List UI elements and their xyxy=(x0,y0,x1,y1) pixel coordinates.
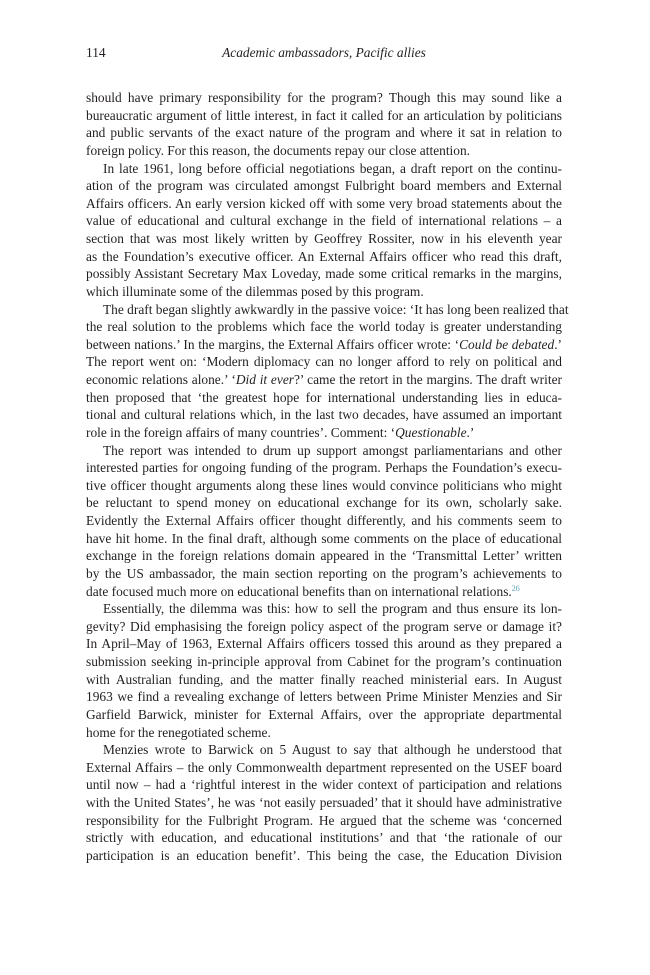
text-line: until now – had a ‘rightful interest in … xyxy=(86,776,562,794)
text-line: External Affairs – the only Commonwealth… xyxy=(86,759,562,777)
text-line: ation of the program was circulated amon… xyxy=(86,177,562,195)
paragraph: The draft began slightly awkwardly in th… xyxy=(86,301,562,442)
text-line: be reluctant to spend money on education… xyxy=(86,494,562,512)
text-line: In April–May of 1963, External Affairs o… xyxy=(86,635,562,653)
text-line: possibly Assistant Secretary Max Loveday… xyxy=(86,265,562,283)
text-line: with the United States’, he was ‘not eas… xyxy=(86,794,562,812)
paragraph: Menzies wrote to Barwick on 5 August to … xyxy=(86,741,562,864)
text-line: role in the foreign affairs of many coun… xyxy=(86,424,562,442)
body-text: should have primary responsibility for t… xyxy=(86,89,562,865)
text-line: by the US ambassador, the main section r… xyxy=(86,565,562,583)
paragraph: Essentially, the dilemma was this: how t… xyxy=(86,600,562,741)
text-line: exchange in the foreign relations domain… xyxy=(86,547,562,565)
text-line: submission seeking in-principle approval… xyxy=(86,653,562,671)
text-line: which illuminate some of the dilemmas po… xyxy=(86,283,562,301)
text-line: strictly with education, and educational… xyxy=(86,829,562,847)
italic-quote: Could be debated xyxy=(459,337,554,352)
text-line: tional and cultural relations which, in … xyxy=(86,406,562,424)
text-line: 1963 we find a revealing exchange of let… xyxy=(86,688,562,706)
running-title: Academic ambassadors, Pacific allies xyxy=(86,44,562,62)
text-line: interested parties for ongoing funding o… xyxy=(86,459,562,477)
text-line: responsibility for the Fulbright Program… xyxy=(86,812,562,830)
text-line: with Australian funding, and the matter … xyxy=(86,671,562,689)
text-line: The report went on: ‘Modern diplomacy ca… xyxy=(86,353,562,371)
text-line: as the Foundation’s executive officer. A… xyxy=(86,248,562,266)
text-line: the real solution to the problems which … xyxy=(86,318,562,336)
text-line: and public servants of the exact nature … xyxy=(86,124,562,142)
paragraph: The report was intended to drum up suppo… xyxy=(86,442,562,601)
text-line: have hit home. In the final draft, altho… xyxy=(86,530,562,548)
text-line: home for the renegotiated scheme. xyxy=(86,724,562,742)
italic-quote: Did it ever xyxy=(236,372,294,387)
text-line: between nations.’ In the margins, the Ex… xyxy=(86,336,562,354)
running-head: 114 Academic ambassadors, Pacific allies xyxy=(86,44,562,62)
text-line: value of educational and cultural exchan… xyxy=(86,212,562,230)
text-line: foreign policy. For this reason, the doc… xyxy=(86,142,562,160)
text-line: tive officer thought arguments along the… xyxy=(86,477,562,495)
text-line: Evidently the External Affairs officer t… xyxy=(86,512,562,530)
text-line: bureaucratic argument of little interest… xyxy=(86,107,562,125)
text-line: date focused much more on educational be… xyxy=(86,583,562,601)
text-line: economic relations alone.’ ‘Did it ever?… xyxy=(86,371,562,389)
text-line: should have primary responsibility for t… xyxy=(86,89,562,107)
text-line: participation is an education benefit’. … xyxy=(86,847,562,865)
text-line: In late 1961, long before official negot… xyxy=(86,160,562,178)
text-line: Menzies wrote to Barwick on 5 August to … xyxy=(86,741,562,759)
text-line: section that was most likely written by … xyxy=(86,230,562,248)
text-line: gevity? Did emphasising the foreign poli… xyxy=(86,618,562,636)
italic-quote: Questionable xyxy=(395,425,466,440)
text-line: then proposed that ‘the greatest hope fo… xyxy=(86,389,562,407)
paragraph: should have primary responsibility for t… xyxy=(86,89,562,160)
text-line: Affairs officers. An early version kicke… xyxy=(86,195,562,213)
paragraph: In late 1961, long before official negot… xyxy=(86,160,562,301)
text-line: The draft began slightly awkwardly in th… xyxy=(86,301,562,319)
footnote-marker[interactable]: 26 xyxy=(512,584,520,593)
text-line: Garfield Barwick, minister for External … xyxy=(86,706,562,724)
text-line: The report was intended to drum up suppo… xyxy=(86,442,562,460)
text-line: Essentially, the dilemma was this: how t… xyxy=(86,600,562,618)
